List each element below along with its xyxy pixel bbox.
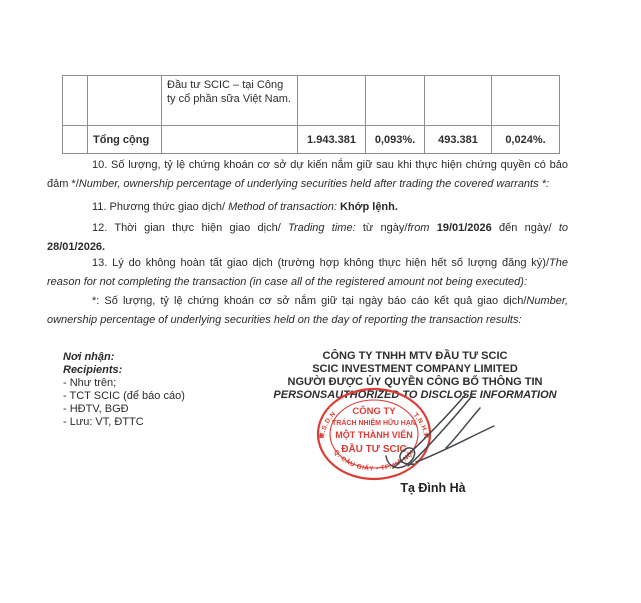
stamp-center-line4: ĐẦU TƯ SCIC xyxy=(341,442,407,455)
table-cell xyxy=(162,126,298,154)
paragraph-12-trading-time: Trading time: xyxy=(288,222,356,234)
paragraph-10: 10. Số lượng, tỷ lệ chứng khoán cơ sở dự… xyxy=(47,156,568,194)
paragraph-11: 11. Phương thức giao dịch/ Method of tra… xyxy=(47,198,568,217)
recipients-item: - TCT SCIC (để báo cáo) xyxy=(63,390,185,403)
paragraph-12-from: from xyxy=(407,222,429,234)
table-cell xyxy=(492,76,560,126)
recipients-title-vn: Nơi nhận: xyxy=(63,351,185,364)
stamp-center-line1: CÔNG TY xyxy=(352,405,396,417)
company-name-en: SCIC INVESTMENT COMPANY LIMITED xyxy=(265,363,565,376)
paragraph-12-vn2: từ ngày/ xyxy=(356,222,408,234)
paragraph-11-vn: 11. Phương thức giao dịch/ xyxy=(92,201,228,213)
footnote: *: Số lượng, tỷ lệ chứng khoán cơ sở nắm… xyxy=(47,292,568,330)
paragraph-12-to: to xyxy=(559,222,568,234)
document-page: Đầu tư SCIC – tại Công ty cổ phần sữa Vi… xyxy=(0,0,641,603)
total-percent-after: 0,024%. xyxy=(492,126,560,154)
table-cell xyxy=(63,126,88,154)
recipients-block: Nơi nhận: Recipients: - Như trên; - TCT … xyxy=(63,351,185,429)
total-label: Tổng cộng xyxy=(88,126,162,154)
paragraph-10-en: Number, ownership percentage of underlyi… xyxy=(79,178,549,190)
stamp-center-line3: MỘT THÀNH VIÊN xyxy=(335,429,413,440)
star-icon: ★ xyxy=(317,431,324,440)
paragraph-11-en: Method of transaction: xyxy=(228,201,340,213)
paragraph-12: 12. Thời gian thực hiện giao dịch/ Tradi… xyxy=(47,219,568,257)
total-quantity-before: 1.943.381 xyxy=(298,126,366,154)
total-percent-before: 0,093%. xyxy=(366,126,425,154)
company-name-vn: CÔNG TY TNHH MTV ĐẦU TƯ SCIC xyxy=(265,350,565,363)
paragraph-12-start-date: 19/01/2026 xyxy=(429,222,499,234)
footnote-vn: *: Số lượng, tỷ lệ chứng khoán cơ sở nắm… xyxy=(92,295,526,307)
recipients-item: - HĐTV, BGĐ xyxy=(63,403,185,416)
table-cell xyxy=(366,76,425,126)
paragraph-11-value: Khớp lệnh. xyxy=(340,201,398,213)
signer-name: Tạ Đình Hà xyxy=(353,481,513,495)
table-cell xyxy=(425,76,492,126)
paragraph-13-vn: 13. Lý do không hoàn tất giao dịch (trườ… xyxy=(92,257,549,269)
recipients-item: - Lưu: VT, ĐTTC xyxy=(63,416,185,429)
table-cell xyxy=(88,76,162,126)
paragraph-12-vn1: 12. Thời gian thực hiện giao dịch/ xyxy=(92,222,288,234)
paragraph-12-vn3: đến ngày/ xyxy=(499,222,559,234)
recipients-item: - Như trên; xyxy=(63,377,185,390)
total-quantity-after: 493.381 xyxy=(425,126,492,154)
stamp-center-line2: TRÁCH NHIỆM HỮU HẠN xyxy=(332,418,416,427)
table-row: Đầu tư SCIC – tại Công ty cổ phần sữa Vi… xyxy=(63,76,560,126)
table-row-total: Tổng cộng 1.943.381 0,093%. 493.381 0,02… xyxy=(63,126,560,154)
paragraph-13: 13. Lý do không hoàn tất giao dịch (trườ… xyxy=(47,254,568,292)
table-cell-security-name: Đầu tư SCIC – tại Công ty cổ phần sữa Vi… xyxy=(162,76,298,126)
recipients-title-en: Recipients: xyxy=(63,364,185,377)
paragraph-12-end-date: 28/01/2026. xyxy=(47,241,105,253)
summary-table: Đầu tư SCIC – tại Công ty cổ phần sữa Vi… xyxy=(62,75,560,154)
table-cell xyxy=(63,76,88,126)
table-cell xyxy=(298,76,366,126)
